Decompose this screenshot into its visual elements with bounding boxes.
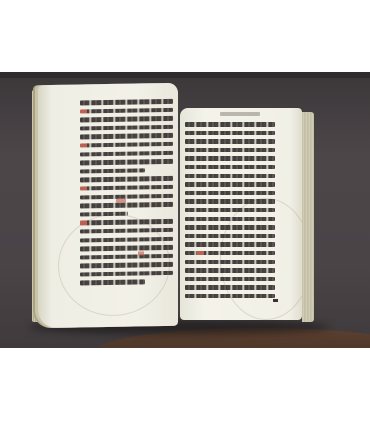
text-line [185,165,275,170]
text-line [80,236,173,242]
text-line [80,245,173,251]
right-page-text [185,122,275,302]
text-line-red-initial [80,219,173,225]
text-line [80,150,173,156]
folio-mark [273,299,278,302]
text-line [80,280,145,286]
text-line [185,217,275,222]
text-line [80,254,173,260]
text-line [185,174,275,179]
text-line [80,116,173,122]
text-line [80,202,173,208]
text-line [80,271,173,277]
text-line [185,294,275,299]
text-line-red-initial [80,107,173,113]
right-page: Handwritten Cyrillic text, about 21 line… [180,108,302,320]
text-line-red-initial [80,142,173,148]
text-line [185,277,275,282]
text-line [80,133,173,139]
text-line [80,262,173,268]
text-line [185,285,275,290]
text-line [185,208,275,213]
text-line [185,225,275,230]
text-line [185,260,275,265]
text-line [185,242,275,247]
text-line [80,176,173,182]
text-line [80,99,173,105]
text-line [80,125,173,131]
text-line-red-initial [185,251,275,256]
text-line [80,228,173,234]
text-line [80,168,145,174]
text-line [185,139,275,144]
text-line [185,191,275,196]
right-page-stack-edge [302,112,314,322]
left-page: Handwritten Cyrillic (semi-uncial) text,… [38,83,178,328]
text-line [185,182,275,187]
red-rubric-word [116,199,126,203]
text-line [185,268,275,273]
red-rubric-letter [138,251,144,255]
cloth-fold [0,72,370,78]
text-line [185,234,275,239]
text-line [80,211,128,216]
text-line [80,159,173,165]
left-page-text [80,99,173,290]
text-line [185,122,275,127]
text-line [185,199,275,204]
text-line [185,131,275,136]
text-line-red-initial [80,185,173,191]
text-line [185,148,275,153]
text-line [80,193,173,199]
photograph: Handwritten Cyrillic (semi-uncial) text,… [0,72,370,348]
text-line [185,156,275,161]
running-header: illegible header (Cyrillic) [220,112,260,116]
